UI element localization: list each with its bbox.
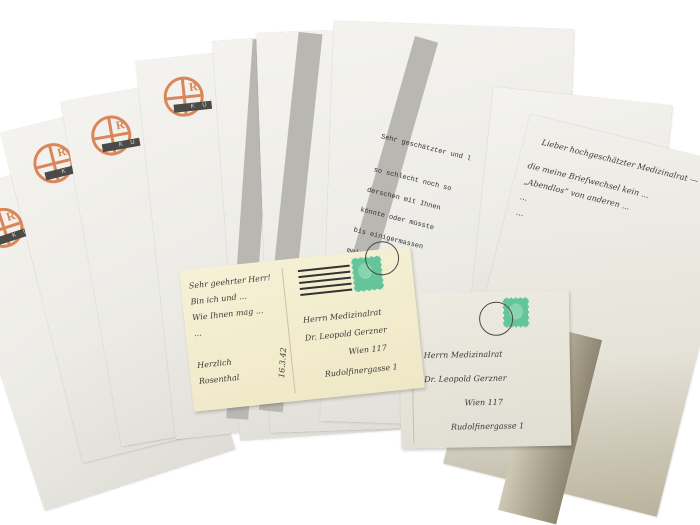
letterhead-logo: RK U (88, 112, 134, 158)
postcard-message-line: Sehr geehrter Herr! (188, 271, 271, 293)
postcard-message-line: Herzlich (197, 356, 233, 373)
postcard-address-line: Dr. Leopold Gerzner (424, 372, 507, 386)
postcard-back: Herrn Medizinalrat Dr. Leopold Gerzner W… (399, 291, 572, 449)
postcard-address-line: Wien 117 (464, 396, 503, 410)
handwritten-line: ... (519, 190, 530, 204)
postcard-address-line: Herrn Medizinalrat (424, 348, 503, 362)
postcard-message-line: ... (193, 327, 202, 341)
letters-photo: RK U RK U RK U RK U Sehr geschätzter und… (0, 0, 700, 525)
postmark-icon (479, 302, 514, 337)
postcard-address-line: Rudolfinergasse 1 (324, 360, 398, 381)
letterhead-logo: RK U (162, 75, 206, 119)
handwritten-line: ... (515, 206, 526, 220)
postcard-address-line: Rudolfinergasse 1 (451, 419, 524, 433)
postcard-address-line: Wien 117 (348, 341, 387, 358)
postcard-date: 16.3.42 (275, 347, 290, 378)
postmark-lines (300, 289, 352, 296)
postcard-message-line: Rosenthal (198, 371, 240, 388)
postcard-front: Sehr geehrter Herr! Bin ich und ... Wie … (179, 246, 425, 411)
postcard-address-line: Herrn Medizinalrat (302, 306, 382, 327)
